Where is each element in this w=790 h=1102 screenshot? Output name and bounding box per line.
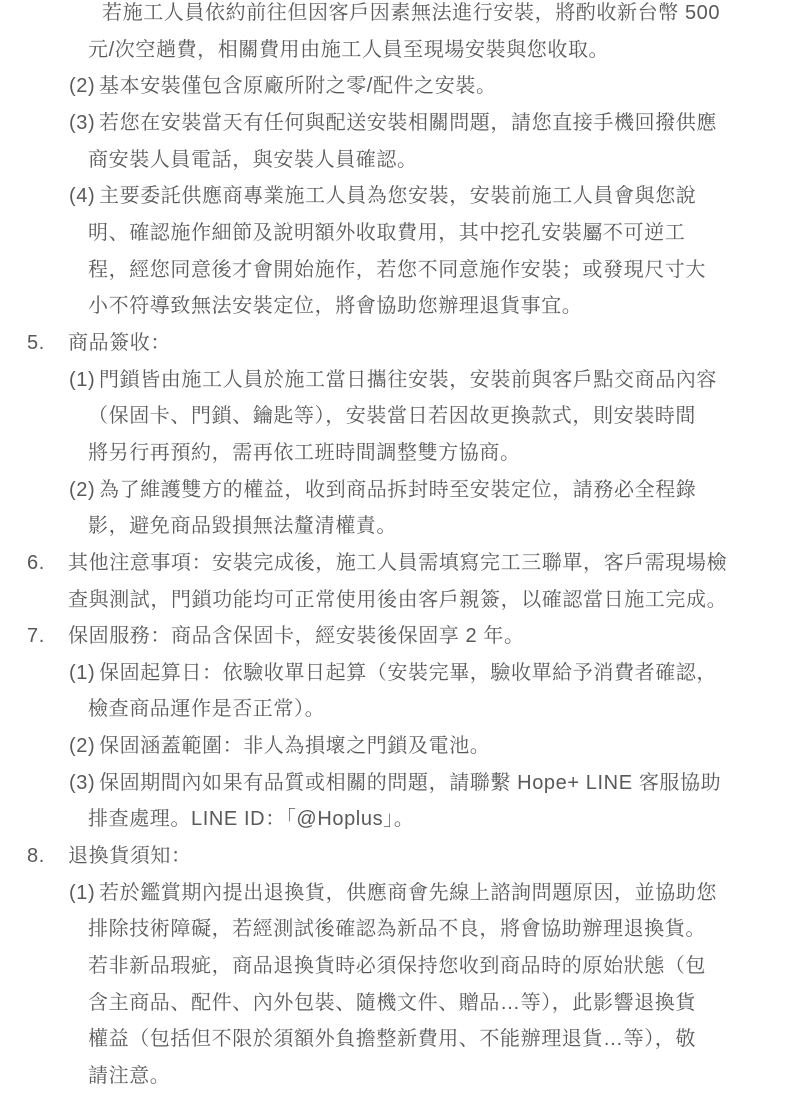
list-marker: 5.	[27, 325, 45, 362]
list-item: 若施工人員依約前往但因客戶因素無法進行安裝，將酌收新台幣 500 元/次空趟費，…	[88, 0, 790, 68]
list-text: 門鎖皆由施工人員於施工當日攜往安裝，安裝前與客戶點交商品內容 （保固卡、門鎖、鑰…	[88, 362, 790, 472]
list-text: 若施工人員依約前往但因客戶因素無法進行安裝，將酌收新台幣 500 元/次空趟費，…	[88, 0, 790, 68]
list-text: 主要委託供應商專業施工人員為您安裝，安裝前施工人員會與您說 明、確認施作細節及說…	[88, 178, 790, 325]
terms-document: 若施工人員依約前往但因客戶因素無法進行安裝，將酌收新台幣 500 元/次空趟費，…	[0, 0, 790, 1095]
list-marker: (2)	[69, 472, 95, 509]
list-text: 商品簽收：	[68, 325, 790, 362]
list-item: (3)若您在安裝當天有任何與配送安裝相關問題，請您直接手機回撥供應 商安裝人員電…	[88, 105, 790, 178]
list-marker: (2)	[69, 68, 95, 105]
list-item: (2)保固涵蓋範圍：非人為損壞之門鎖及電池。	[88, 728, 790, 765]
list-item: 8.退換貨須知：	[68, 838, 790, 875]
list-item: 6.其他注意事項：安裝完成後，施工人員需填寫完工三聯單，客戶需現場檢 查與測試，…	[68, 545, 790, 618]
list-text: 為了維護雙方的權益，收到商品拆封時至安裝定位，請務必全程錄 影，避免商品毀損無法…	[88, 472, 790, 545]
list-marker: (2)	[69, 728, 95, 765]
list-text: 基本安裝僅包含原廠所附之零/配件之安裝。	[88, 68, 790, 105]
list-text: 退換貨須知：	[68, 838, 790, 875]
list-marker: (4)	[69, 178, 95, 215]
list-marker: 8.	[27, 838, 45, 875]
list-marker: (1)	[69, 362, 95, 399]
list-item: (2)基本安裝僅包含原廠所附之零/配件之安裝。	[88, 68, 790, 105]
list-marker: (1)	[69, 875, 95, 912]
list-item: (1)若於鑑賞期內提出退換貨，供應商會先線上諮詢問題原因，並協助您 排除技術障礙…	[88, 875, 790, 1095]
list-marker: (3)	[69, 105, 95, 142]
list-item: 7.保固服務：商品含保固卡，經安裝後保固享 2 年。	[68, 618, 790, 655]
list-text: 保固期間內如果有品質或相關的問題，請聯繫 Hope+ LINE 客服協助 排查處…	[88, 765, 790, 838]
list-text: 若於鑑賞期內提出退換貨，供應商會先線上諮詢問題原因，並協助您 排除技術障礙，若經…	[88, 875, 790, 1095]
list-marker: (1)	[69, 655, 95, 692]
list-text: 保固服務：商品含保固卡，經安裝後保固享 2 年。	[68, 618, 790, 655]
list-item: (1)門鎖皆由施工人員於施工當日攜往安裝，安裝前與客戶點交商品內容 （保固卡、門…	[88, 362, 790, 472]
list-item: 5.商品簽收：	[68, 325, 790, 362]
list-item: (1)保固起算日：依驗收單日起算（安裝完畢，驗收單給予消費者確認， 檢查商品運作…	[88, 655, 790, 728]
list-marker: 7.	[27, 618, 45, 655]
list-text: 保固涵蓋範圍：非人為損壞之門鎖及電池。	[88, 728, 790, 765]
list-text: 其他注意事項：安裝完成後，施工人員需填寫完工三聯單，客戶需現場檢 查與測試，門鎖…	[68, 545, 790, 618]
list-marker: 6.	[27, 545, 45, 582]
list-item: (2)為了維護雙方的權益，收到商品拆封時至安裝定位，請務必全程錄 影，避免商品毀…	[88, 472, 790, 545]
list-text: 若您在安裝當天有任何與配送安裝相關問題，請您直接手機回撥供應 商安裝人員電話，與…	[88, 105, 790, 178]
list-text: 保固起算日：依驗收單日起算（安裝完畢，驗收單給予消費者確認， 檢查商品運作是否正…	[88, 655, 790, 728]
list-marker: (3)	[69, 765, 95, 802]
list-item: (4)主要委託供應商專業施工人員為您安裝，安裝前施工人員會與您說 明、確認施作細…	[88, 178, 790, 325]
list-item: (3)保固期間內如果有品質或相關的問題，請聯繫 Hope+ LINE 客服協助 …	[88, 765, 790, 838]
